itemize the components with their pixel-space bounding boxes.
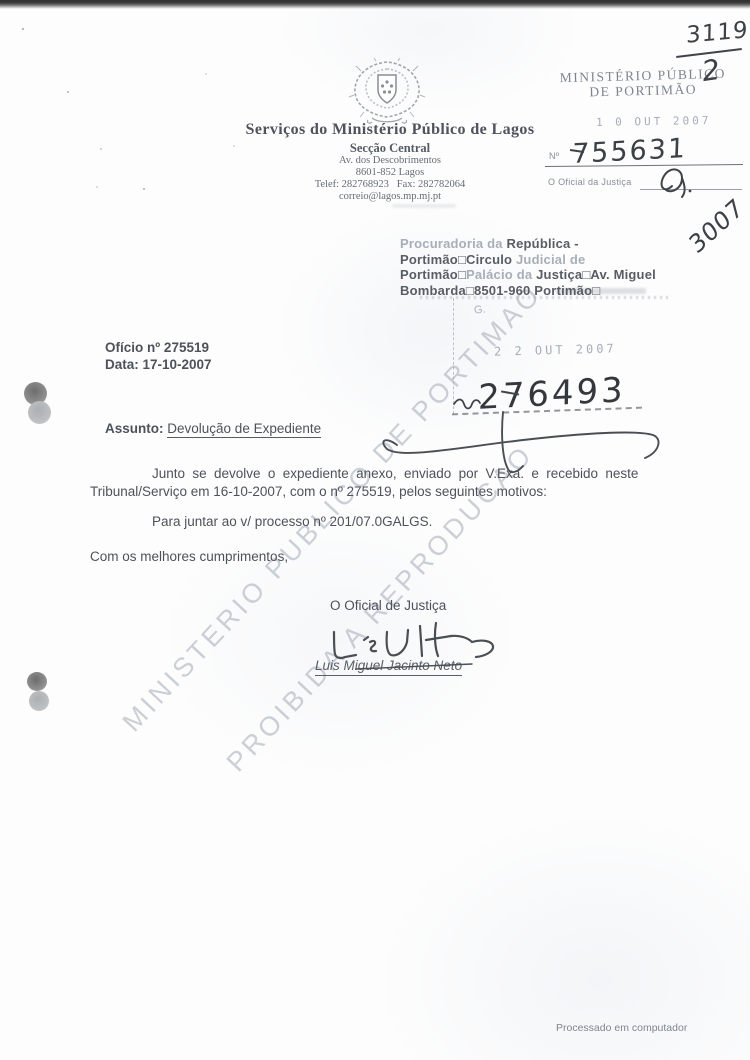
processed-note: Processado em computador bbox=[556, 1022, 687, 1034]
punch-hole bbox=[29, 691, 49, 711]
letterhead-address1: Av. dos Descobrimentos bbox=[190, 155, 590, 166]
official-initial-scribble bbox=[648, 160, 696, 202]
body-closing: Com os melhores cumprimentos, bbox=[90, 549, 288, 564]
recipient-segment: Procuradoria da bbox=[400, 236, 507, 251]
letterhead-contacts: Telef: 282768923 Fax: 282782064 bbox=[190, 179, 590, 190]
scanned-document-page: MINISTERIO PUBLICO DE PORTIMAO PROIBIDA … bbox=[0, 0, 750, 1060]
punch-hole bbox=[27, 672, 47, 691]
punch-hole bbox=[28, 401, 51, 424]
coat-of-arms-icon bbox=[345, 58, 429, 124]
body-reason: Para juntar ao v/ processo nº 201/07.0GA… bbox=[152, 514, 432, 529]
recipient-segment: Judicial de bbox=[516, 252, 585, 267]
recipient-line: Portimão□Circulo Judicial de bbox=[400, 252, 656, 268]
recipient-line: Portimão□Palácio da Justiça□Av. Miguel bbox=[400, 267, 656, 283]
handwritten-corner-number: 3119 bbox=[686, 17, 749, 49]
subject-line: Assunto: Devolução de Expediente bbox=[105, 421, 321, 436]
letterhead-address2: 8601-852 Lagos bbox=[190, 167, 590, 178]
oficio-date: Data: 17-10-2007 bbox=[105, 357, 212, 374]
recipient-segment: Justiça□Av. Miguel bbox=[536, 267, 656, 282]
entry-number-label: Nº bbox=[549, 151, 559, 161]
oficio-block: Ofício nº 275519 Data: 17-10-2007 bbox=[105, 340, 212, 373]
subject-label: Assunto: bbox=[105, 421, 164, 436]
scan-edge-bar bbox=[0, 0, 750, 9]
scan-specks bbox=[22, 28, 24, 30]
recipient-segment: Bombarda□8501-960 Portimão□ bbox=[400, 283, 600, 298]
letterhead-section: Secção Central bbox=[190, 141, 590, 156]
handwritten-flourish bbox=[375, 400, 685, 490]
subject-value: Devolução de Expediente bbox=[167, 421, 321, 438]
letterhead-email: correio@lagos.mp.mj.pt bbox=[190, 191, 590, 202]
portimao-stamp-date: 1 0 OUT 2007 bbox=[596, 114, 712, 129]
recipient-segment: República - bbox=[507, 236, 579, 251]
signer-role: O Oficial de Justiça bbox=[330, 598, 446, 613]
official-label: O Oficial da Justiça bbox=[548, 177, 632, 187]
letterhead-org: Serviços do Ministério Público de Lagos bbox=[190, 121, 590, 139]
recipient-segment: Palácio da bbox=[466, 267, 536, 282]
handwritten-signature bbox=[320, 620, 505, 676]
handwritten-corner-sub: 2 bbox=[700, 53, 722, 88]
recipient-line: Procuradoria da República - bbox=[400, 236, 656, 252]
scan-smudge bbox=[392, 204, 456, 208]
received-stamp-mark: G. bbox=[473, 303, 486, 316]
received-stamp-date: 2 2 OUT 2007 bbox=[494, 341, 617, 358]
recipient-line: Bombarda□8501-960 Portimão□ bbox=[400, 283, 656, 299]
handwritten-margin-note: 3007 bbox=[684, 193, 748, 260]
oficio-number: Ofício nº 275519 bbox=[105, 340, 212, 357]
recipient-segment: Portimão□ bbox=[400, 267, 466, 282]
recipient-segment: Portimão□Circulo bbox=[400, 252, 516, 267]
recipient-address: Procuradoria da República - Portimão□Cir… bbox=[400, 236, 656, 298]
